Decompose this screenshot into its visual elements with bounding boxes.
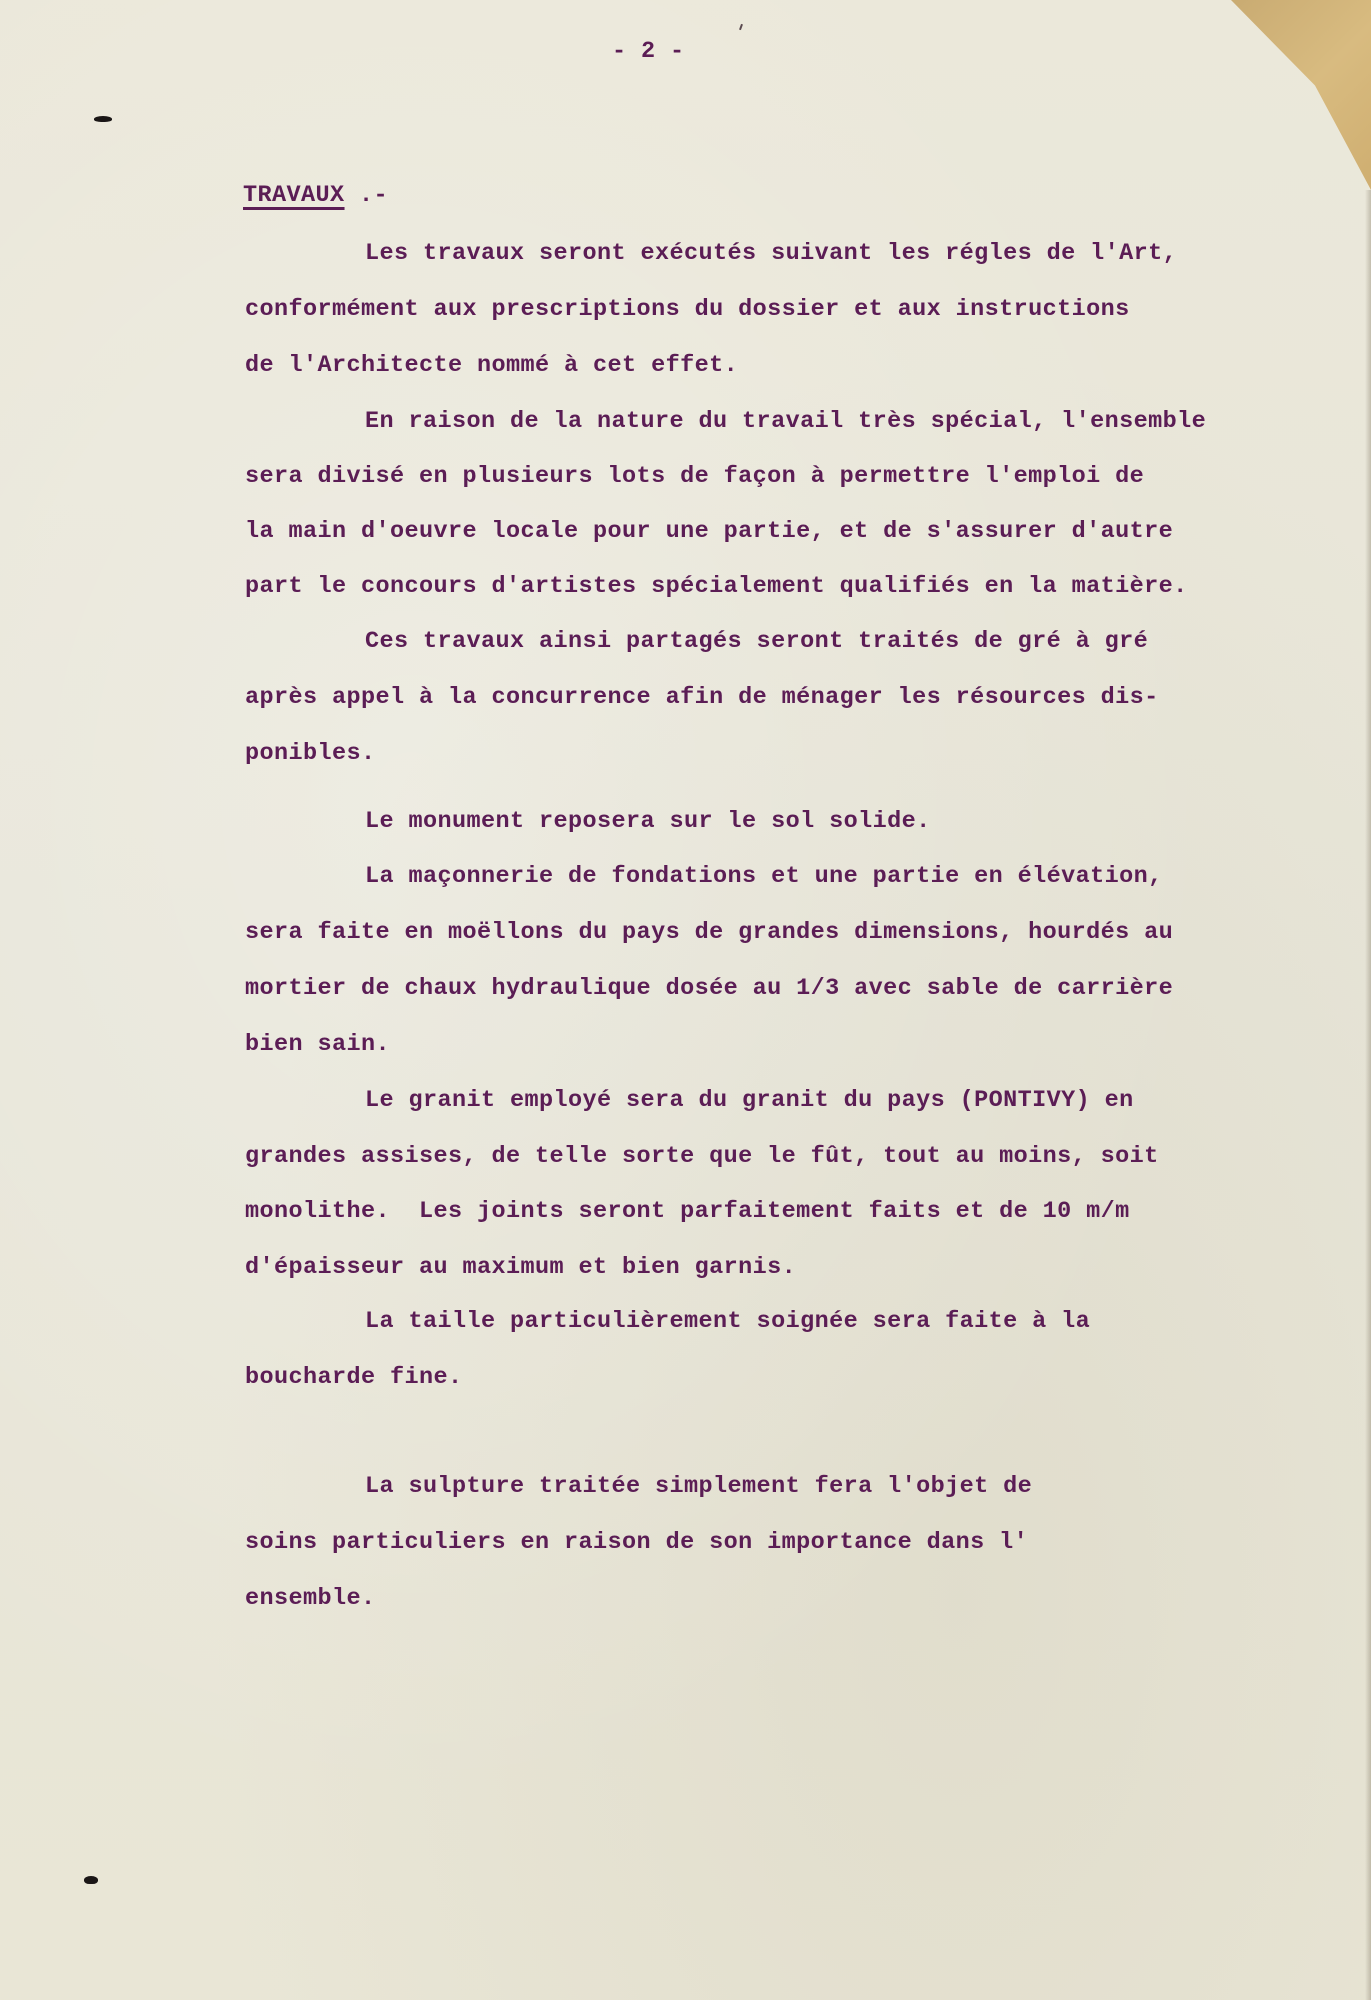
paragraph-6-line-2: grandes assises, de telle sorte que le f… [245,1143,1159,1170]
paragraph-4-line-1: Le monument reposera sur le sol solide. [365,808,931,835]
paragraph-7-line-2: boucharde fine. [245,1364,463,1391]
paragraph-3-line-2: après appel à la concurrence afin de mén… [245,684,1159,711]
paragraph-3-line-3: ponibles. [245,740,376,767]
paragraph-2-line-2: sera divisé en plusieurs lots de façon à… [245,463,1144,490]
paragraph-5-line-2: sera faite en moëllons du pays de grande… [245,919,1173,946]
paragraph-2-line-4: part le concours d'artistes spécialement… [245,573,1188,600]
paragraph-1-line-3: de l'Architecte nommé à cet effet. [245,352,738,379]
page-number: - 2 - [0,38,1371,65]
paragraph-7-line-1: La taille particulièrement soignée sera … [365,1308,1090,1335]
page-edge-shadow [1365,190,1371,2000]
paragraph-3-line-1: Ces travaux ainsi partagés seront traité… [365,628,1148,655]
paragraph-6-line-4: d'épaisseur au maximum et bien garnis. [245,1254,796,1281]
section-title-suffix: .- [345,182,389,209]
paragraph-2-line-1: En raison de la nature du travail très s… [365,408,1206,435]
binding-mark-bottom [84,1876,98,1884]
paragraph-2-line-3: la main d'oeuvre locale pour une partie,… [245,518,1173,545]
binding-mark-top [94,116,112,122]
paragraph-5-line-4: bien sain. [245,1031,390,1058]
section-heading: TRAVAUX .- [243,182,388,209]
paragraph-8-line-1: La sulpture traitée simplement fera l'ob… [365,1473,1032,1500]
paragraph-8-line-3: ensemble. [245,1585,376,1612]
paragraph-6-line-3: monolithe. Les joints seront parfaitemen… [245,1198,1130,1225]
paragraph-5-line-1: La maçonnerie de fondations et une parti… [365,863,1163,890]
paragraph-1-line-2: conformément aux prescriptions du dossie… [245,296,1130,323]
paragraph-6-line-1: Le granit employé sera du granit du pays… [365,1087,1134,1114]
paragraph-5-line-3: mortier de chaux hydraulique dosée au 1/… [245,975,1173,1002]
section-title: TRAVAUX [243,182,345,209]
paragraph-8-line-2: soins particuliers en raison de son impo… [245,1529,1028,1556]
paragraph-1-line-1: Les travaux seront exécutés suivant les … [365,240,1177,267]
